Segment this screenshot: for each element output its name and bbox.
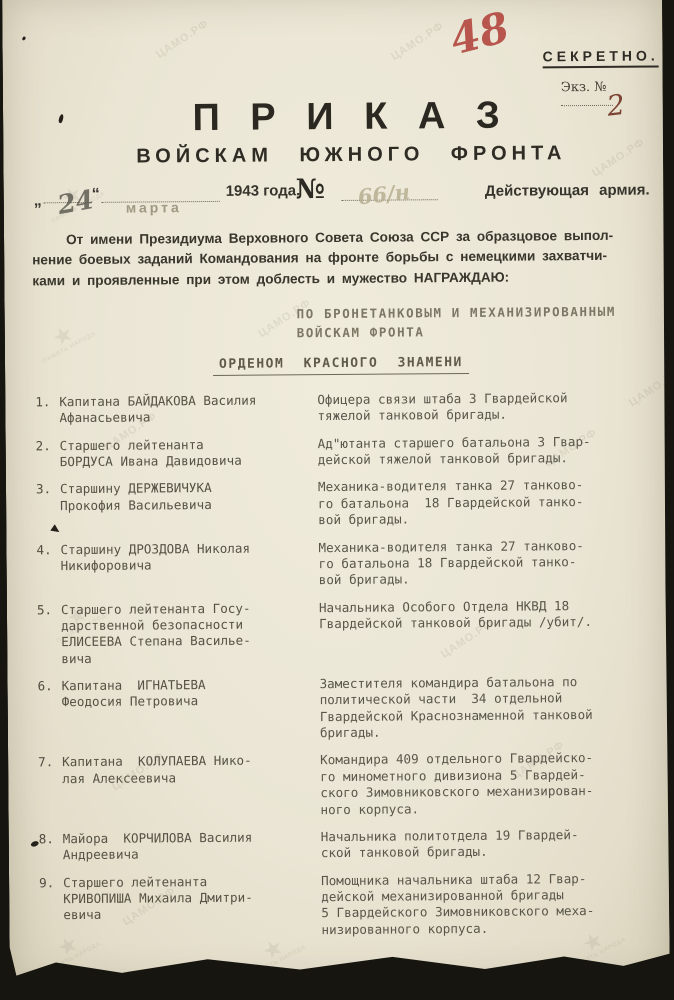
award-entries-list: 1. Капитана БАЙДАКОВА Василия Афанасьеви… <box>35 390 657 952</box>
entry-number: 1. <box>35 394 59 427</box>
award-header: ОРДЕНОМ КРАСНОГО ЗНАМЕНИ <box>213 355 469 376</box>
entry-recipient: Капитана КОЛУПАЕВА Нико- лая Алексеевича <box>62 753 321 820</box>
order-title: П Р И К А З <box>3 93 663 141</box>
document-page: ЦАМО.РФ ЦАМО.РФ ЦАМО.РФ ЦАМО.РФ ЦАМО.РФ … <box>2 0 670 987</box>
star-icon: ★ <box>32 313 94 359</box>
award-entry: 2. Старшего лейтенанта БОРДУСА Ивана Дав… <box>36 433 654 471</box>
entry-recipient: Майора КОРЧИЛОВА Василия Андреевича <box>63 829 321 864</box>
entry-position: Помощника начальника штаба 12 Гвар- дейс… <box>321 870 658 938</box>
day-dotted-line: 24 <box>44 202 88 203</box>
close-quote: “ <box>92 186 100 204</box>
entry-number: 6. <box>37 678 62 744</box>
entry-position: Офицера связи штаба 3 Гвардейской тяжело… <box>317 390 653 425</box>
award-entry: 4. Старшину ДРОЗДОВА Николая Никифорович… <box>36 537 654 591</box>
entry-recipient: Старшего лейтенанта Госу- дарственной бе… <box>61 600 320 667</box>
entry-number: 9. <box>39 875 64 941</box>
entry-number: 5. <box>37 602 62 668</box>
entry-number: 7. <box>38 755 63 821</box>
month-dotted-line: марта <box>102 201 220 203</box>
handwritten-page-number: 48 <box>445 2 514 64</box>
entry-position: Заместителя командира батальона по полит… <box>319 674 656 742</box>
entry-number: 8. <box>39 831 63 864</box>
open-quote: „ <box>34 192 42 210</box>
award-entry: 6. Капитана ИГНАТЬЕВА Феодосия Петровича… <box>37 674 655 744</box>
entry-recipient: Старшину ДРОЗДОВА Николая Никифоровича <box>60 540 318 591</box>
entry-position: Начальника политотдела 19 Гвардей- ской … <box>321 826 657 861</box>
entry-recipient: Старшего лейтенанта БОРДУСА Ивана Давидо… <box>60 436 318 471</box>
army-label: Действующая армия. <box>485 182 650 200</box>
handwritten-order-number: 66/н <box>356 179 411 210</box>
order-number-dotted-line: 66/н <box>342 199 438 201</box>
entry-recipient: Капитана ИГНАТЬЕВА Феодосия Петровича <box>61 676 320 743</box>
award-entry: 1. Капитана БАЙДАКОВА Василия Афанасьеви… <box>35 390 653 428</box>
section-header: ПО БРОНЕТАНКОВЫМ И МЕХАНИЗИРОВАННЫМ ВОЙС… <box>297 302 617 343</box>
pamyat-naroda-emblem: ★ ПАМЯТЬ НАРОДА <box>32 313 97 364</box>
award-entry: 5. Старшего лейтенанта Госу- дарственной… <box>37 597 655 667</box>
year-label: 1943 года. <box>226 182 301 200</box>
number-sign: № <box>296 174 326 205</box>
entry-position: Ад"ютанта старшего батальона 3 Гвар- дей… <box>318 433 654 468</box>
entry-position: Командира 409 отдельного Гвардейско- го … <box>320 750 657 818</box>
entry-recipient: Старшину ДЕРЖЕВИЧУКА Прокофия Васильевич… <box>60 480 318 531</box>
handwritten-day: 24 <box>55 185 96 221</box>
preamble-text: От имени Президиума Верховного Совета Со… <box>32 226 648 292</box>
award-entry: 9. Старшего лейтенанта КРИВОПИША Михаила… <box>39 870 657 940</box>
entry-position: Механика-водителя танка 27 танково- го б… <box>318 537 654 589</box>
camo-watermark: ЦАМО.РФ <box>154 18 211 61</box>
award-entry: 8. Майора КОРЧИЛОВА Василия Андреевича Н… <box>39 826 657 864</box>
camo-watermark: ЦАМО.РФ <box>389 20 446 63</box>
entry-number: 4. <box>36 542 60 591</box>
entry-position: Механика-водителя танка 27 танково- го б… <box>318 477 654 529</box>
copy-label: Экз. № <box>561 80 607 95</box>
ink-speck <box>22 36 27 41</box>
secrecy-stamp: СЕКРЕТНО. <box>543 47 659 68</box>
stamped-month: марта <box>126 199 182 215</box>
entry-number: 2. <box>36 438 60 471</box>
date-line: „ 24 “ марта 1943 года. № 66/н Действующ… <box>34 179 654 214</box>
award-entry: 7. Капитана КОЛУПАЕВА Нико- лая Алексеев… <box>38 750 656 820</box>
order-subtitle: ВОЙСКАМ ЮЖНОГО ФРОНТА <box>3 141 663 169</box>
entry-recipient: Старшего лейтенанта КРИВОПИША Михаила Дм… <box>63 873 322 940</box>
entry-number: 3. <box>36 482 60 531</box>
entry-position: Начальника Особого Отдела НКВД 18 Гварде… <box>319 597 656 665</box>
entry-recipient: Капитана БАЙДАКОВА Василия Афанасьевича <box>59 392 317 427</box>
award-entry: 3. Старшину ДЕРЖЕВИЧУКА Прокофия Василье… <box>36 477 654 531</box>
